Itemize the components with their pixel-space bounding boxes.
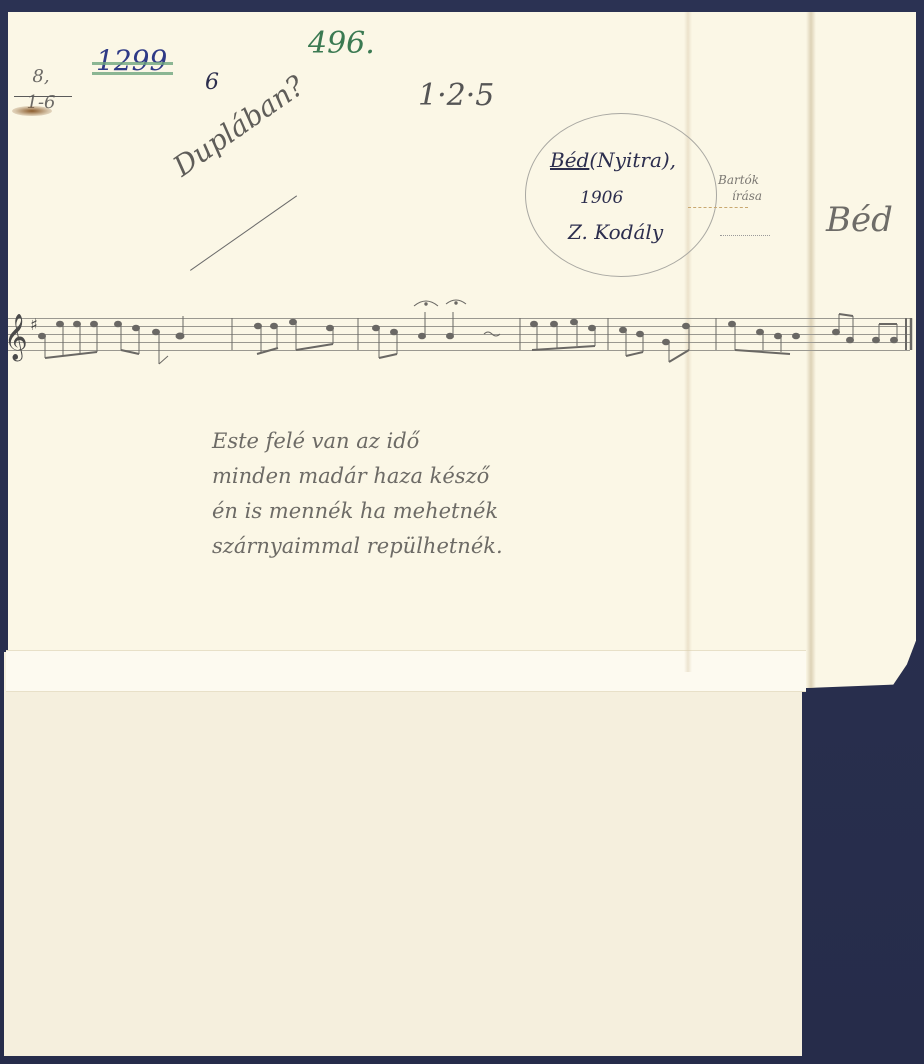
music-staff: 𝄞 ♯ [8,318,910,354]
lyrics-line: minden madár haza késző [212,459,503,494]
manuscript-page-lower [4,652,802,1056]
sharp-icon: ♯ [30,315,38,334]
lyrics-line: Este felé van az idő [212,424,503,459]
dashed-line [688,207,748,208]
reference-number: 1·2·5 [418,78,494,113]
strikethrough [92,72,173,75]
source-place-name: Béd [550,148,589,172]
source-place: Béd(Nyitra), [550,148,676,172]
treble-clef-icon: 𝄞 [4,314,28,362]
old-catalog-superscript: 6 [205,70,219,95]
dotted-line [720,235,770,236]
new-catalog-number: 496. [308,26,375,61]
place-name-right: Béd [826,200,893,240]
source-year: 1906 [580,188,623,208]
music-notation: 𝄞 ♯ [8,306,910,366]
bartok-note-line2: írása [718,188,762,204]
bartok-note: Bartók írása [718,172,762,204]
old-catalog-number: 1299 [96,44,167,77]
fraction-top: 8, [16,64,66,90]
lyrics-block: Este felé van az idő minden madár haza k… [212,424,503,564]
lyrics-line: én is mennék ha mehetnék [212,494,503,529]
fraction-line [14,96,72,97]
ink-stain [12,106,52,116]
lyrics-line: szárnyaimmal repülhetnék. [212,529,503,564]
source-collector: Z. Kodály [568,220,663,244]
source-region: (Nyitra), [589,148,676,172]
strikethrough [92,62,173,65]
bartok-note-line1: Bartók [718,172,762,188]
